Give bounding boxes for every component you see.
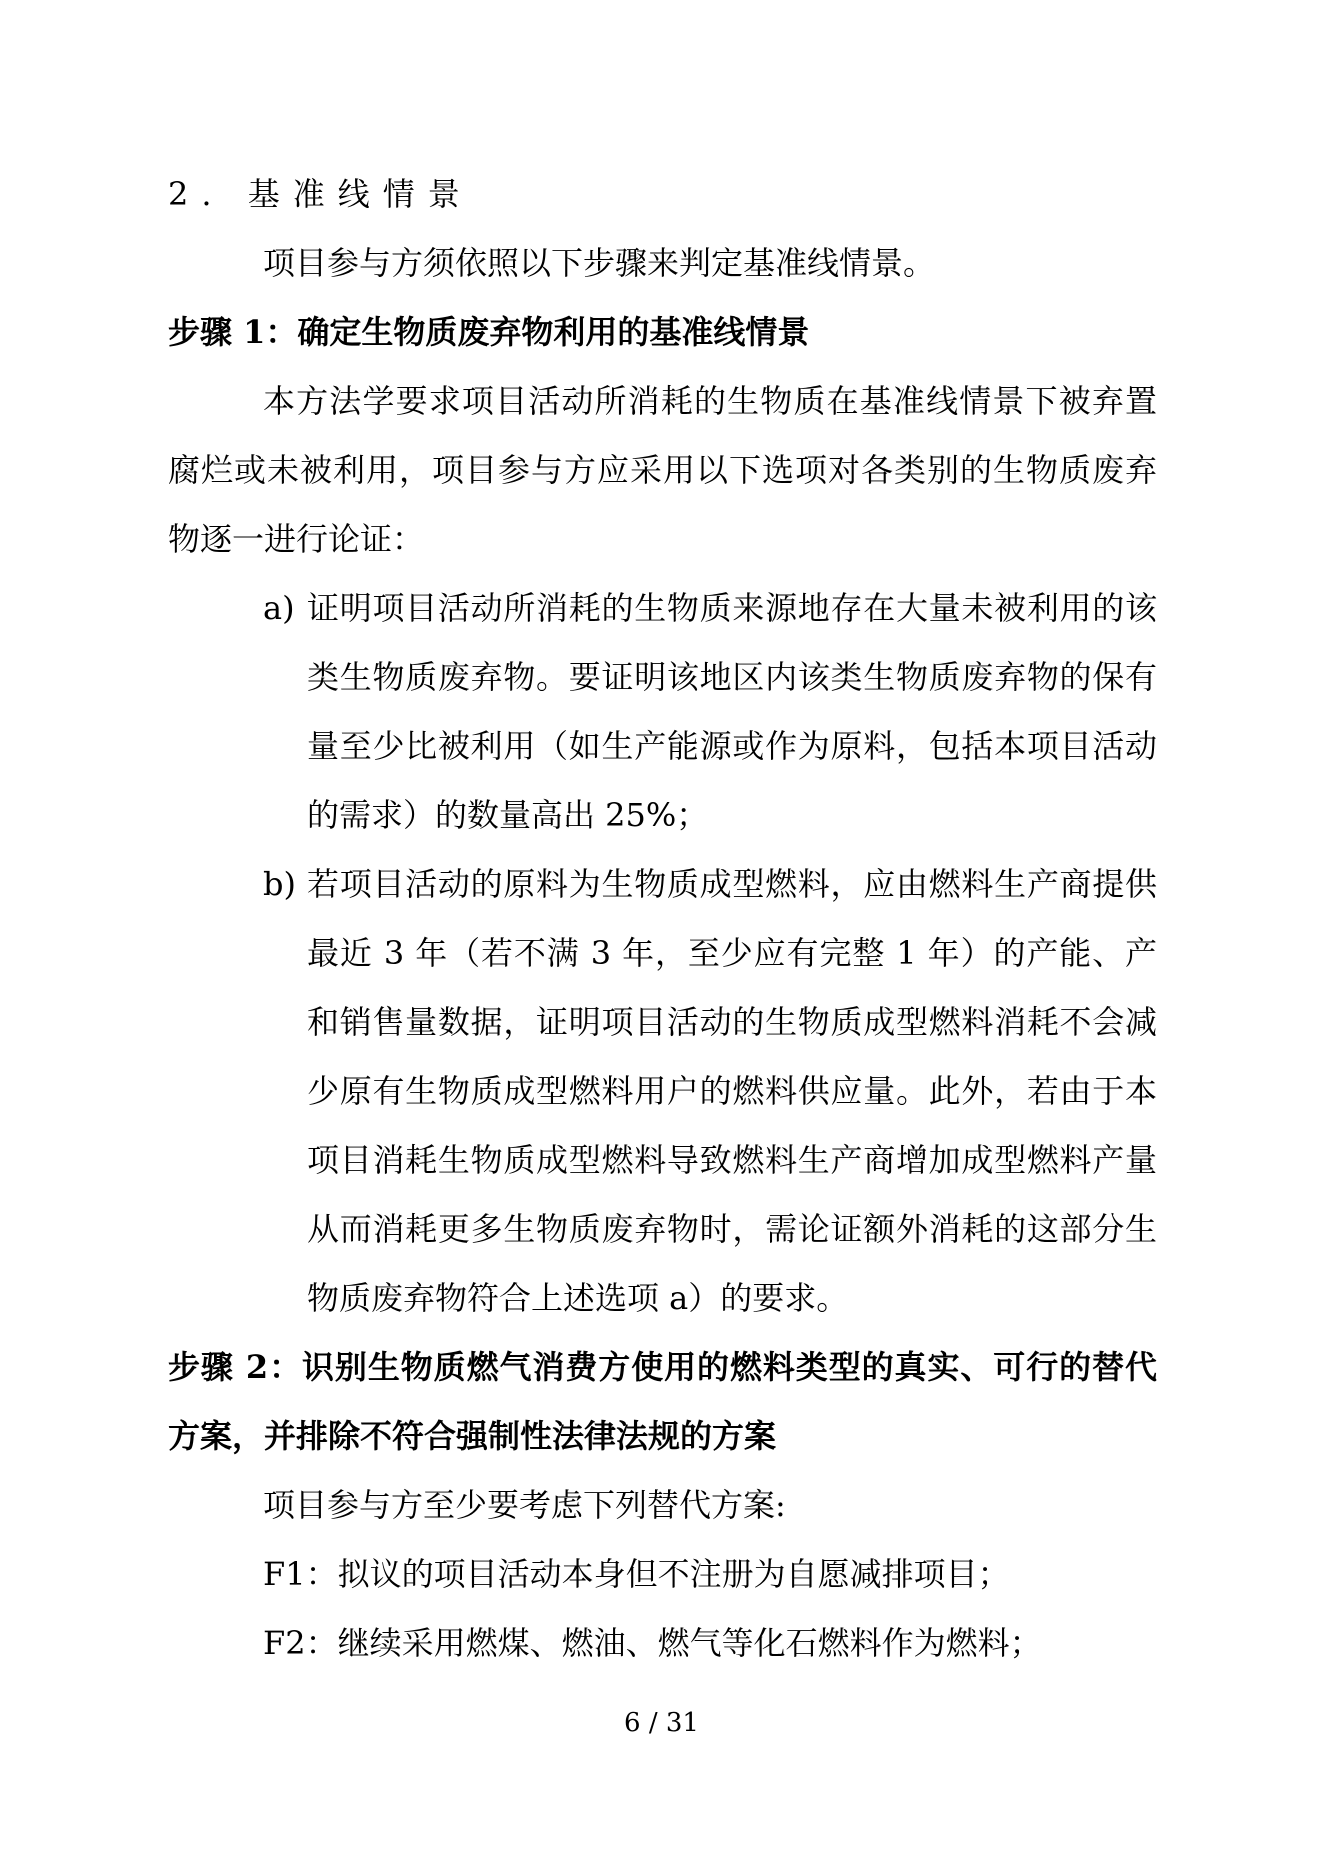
doc-line: 方案，并排除不符合强制性法律法规的方案: [168, 1402, 1157, 1471]
page-number: 6 / 31: [0, 1706, 1323, 1740]
doc-line: 量至少比被利用（如生产能源或作为原料，包括本项目活动: [168, 712, 1157, 781]
doc-line: 步骤 2：识别生物质燃气消费方使用的燃料类型的真实、可行的替代: [168, 1333, 1157, 1402]
doc-line: 少原有生物质成型燃料用户的燃料供应量。此外，若由于本: [168, 1057, 1157, 1126]
list-marker: a): [263, 574, 295, 643]
doc-line: 最近 3 年（若不满 3 年，至少应有完整 1 年）的产能、产量: [168, 919, 1157, 988]
doc-line: 项目参与方须依照以下步骤来判定基准线情景。: [168, 229, 1157, 298]
list-marker: b): [263, 850, 296, 919]
doc-line: F1：拟议的项目活动本身但不注册为自愿减排项目；: [168, 1540, 1157, 1609]
doc-line: 项目参与方至少要考虑下列替代方案:: [168, 1471, 1157, 1540]
document-page: 2. 基准线情景项目参与方须依照以下步骤来判定基准线情景。步骤 1：确定生物质废…: [0, 0, 1323, 1871]
doc-line: 类生物质废弃物。要证明该地区内该类生物质废弃物的保有: [168, 643, 1157, 712]
doc-line: 腐烂或未被利用，项目参与方应采用以下选项对各类别的生物质废弃: [168, 436, 1157, 505]
doc-line: 证明项目活动所消耗的生物质来源地存在大量未被利用的该a): [168, 574, 1157, 643]
doc-line: 物逐一进行论证：: [168, 505, 1157, 574]
doc-line: 2. 基准线情景: [168, 160, 1157, 229]
doc-line: 和销售量数据，证明项目活动的生物质成型燃料消耗不会减: [168, 988, 1157, 1057]
doc-line: 的需求）的数量高出 25%；: [168, 781, 1157, 850]
doc-line: F2：继续采用燃煤、燃油、燃气等化石燃料作为燃料；: [168, 1609, 1157, 1678]
doc-line: 本方法学要求项目活动所消耗的生物质在基准线情景下被弃置: [168, 367, 1157, 436]
doc-line: 从而消耗更多生物质废弃物时，需论证额外消耗的这部分生: [168, 1195, 1157, 1264]
document-content: 2. 基准线情景项目参与方须依照以下步骤来判定基准线情景。步骤 1：确定生物质废…: [168, 160, 1157, 1678]
doc-line: 物质废弃物符合上述选项 a）的要求。: [168, 1264, 1157, 1333]
doc-line: 步骤 1：确定生物质废弃物利用的基准线情景: [168, 298, 1157, 367]
doc-line: 项目消耗生物质成型燃料导致燃料生产商增加成型燃料产量: [168, 1126, 1157, 1195]
doc-line: 若项目活动的原料为生物质成型燃料，应由燃料生产商提供b): [168, 850, 1157, 919]
